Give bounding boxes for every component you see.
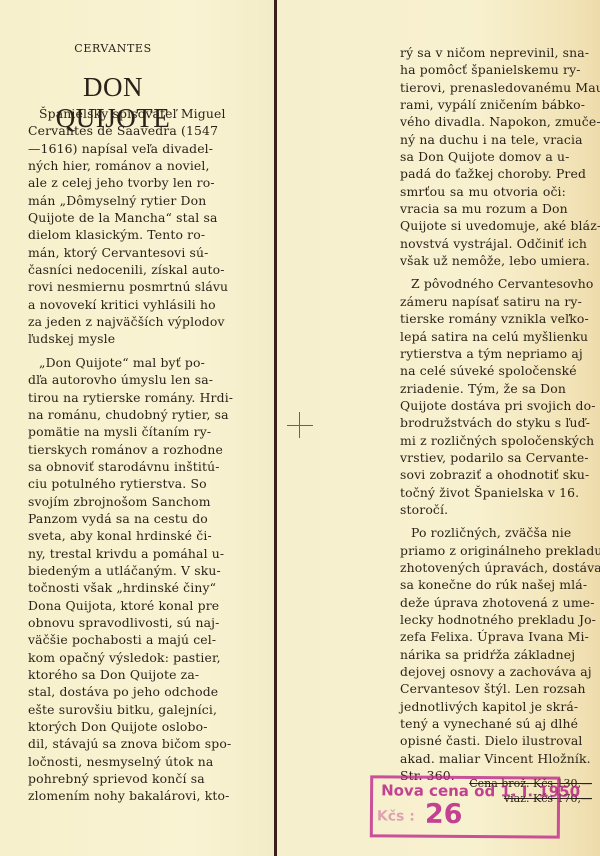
text-line: biedeným a utláčaným. V sku- [28, 562, 198, 579]
text-line: časníci nedocenili, získal auto- [28, 261, 198, 278]
stamp-text: Nova cena od 1. I. 1950 [381, 781, 580, 800]
text-line: točný život Španielska v 16. [400, 484, 566, 501]
text-line: sa konečne do rúk našej mlá- [400, 576, 566, 593]
text-line: opisné časti. Dielo ilustroval [400, 732, 566, 749]
author-name: CERVANTES [28, 42, 198, 55]
text-line: zhotovených úpravách, dostáva [400, 559, 566, 576]
text-line: Panzom vydá sa na cestu do [28, 510, 198, 527]
text-line: priamo z originálneho prekladu [400, 542, 566, 559]
text-line: lepá satira na celú myšlienku [400, 328, 566, 345]
text-line: sa obnoviť starodávnu inštitú- [28, 458, 198, 475]
text-line: ločnosti, nesmyselný útok na [28, 753, 198, 770]
text-line: tierovi, prenasledovanému Mau- [400, 79, 566, 96]
text-line: tierskych románov a rozhodne [28, 441, 198, 458]
text-line: však už nemôže, lebo umiera. [400, 252, 566, 269]
text-line: rami, vypálí zničením bábko- [400, 96, 566, 113]
text-line: Cervantesov štýl. Len rozsah [400, 680, 566, 697]
text-line: zriadenie. Tým, že sa Don [400, 380, 566, 397]
text-line: za jeden z najväčších výplodov [28, 313, 198, 330]
text-line: zefa Felixa. Úprava Ivana Mi- [400, 628, 566, 645]
text-line: rytierstva a tým nepriamo aj [400, 345, 566, 362]
text-line: tený a vynechané sú aj dlhé [400, 715, 566, 732]
text-line: Po rozličných, zväčša nie [400, 524, 566, 541]
text-line: vracia sa mu rozum a Don [400, 200, 566, 217]
text-line: —1616) napísal veľa divadel- [28, 140, 198, 157]
text-line: Španielsky spisovateľ Miguel [28, 105, 198, 122]
text-line: jednotlivých kapitol je skrá- [400, 698, 566, 715]
text-line: mán „Dômyselný rytier Don [28, 192, 198, 209]
left-text-column: Španielsky spisovateľ MiguelCervantes de… [28, 105, 198, 805]
text-line: ný na duchu i na tele, vracia [400, 131, 566, 148]
text-line: akad. maliar Vincent Hložník. [400, 750, 566, 767]
text-line: ny, trestal krivdu a pomáhal u- [28, 545, 198, 562]
text-line: dľa autorovho úmyslu len sa- [28, 371, 198, 388]
text-line: stal, dostáva po jeho odchode [28, 683, 198, 700]
text-line: Quijote si uvedomuje, aké bláz- [400, 217, 566, 234]
text-line: deže úprava zhotovená z ume- [400, 594, 566, 611]
text-line: dejovej osnovy a zachováva aj [400, 663, 566, 680]
text-line: Dona Quijota, ktoré konal pre [28, 597, 198, 614]
text-line: točnosti však „hrdinské činy“ [28, 579, 198, 596]
text-line: kom opačný výsledok: pastier, [28, 649, 198, 666]
text-line: ha pomôcť španielskemu ry- [400, 61, 566, 78]
text-line: zlomením nohy bakalárovi, kto- [28, 787, 198, 804]
text-line: ciu potulného rytierstva. So [28, 475, 198, 492]
text-line: Quijote de la Mancha“ stal sa [28, 209, 198, 226]
text-line: storočí. [400, 501, 566, 518]
text-line: sovi zobraziť a ohodnotiť sku- [400, 466, 566, 483]
text-line: smrťou sa mu otvoria oči: [400, 183, 566, 200]
text-line: vrstiev, podarilo sa Cervante- [400, 449, 566, 466]
text-line: nárika sa pridŕža základnej [400, 646, 566, 663]
text-line: ných hier, románov a noviel, [28, 157, 198, 174]
text-line: mi z rozličných spoločenských [400, 432, 566, 449]
text-line: padá do ťažkej choroby. Pred [400, 165, 566, 182]
text-line: sveta, aby konal hrdinské či- [28, 527, 198, 544]
text-line: lecky hodnotného prekladu Jo- [400, 611, 566, 628]
text-line: brodružstvách do styku s ľuď- [400, 414, 566, 431]
text-line: Z pôvodného Cervantesovho [400, 275, 566, 292]
right-text-column: rý sa v ničom neprevinil, sna-ha pomôcť … [400, 44, 566, 784]
text-line: Quijote dostáva pri svojich do- [400, 397, 566, 414]
text-line: svojím zbrojnošom Sanchom [28, 493, 198, 510]
text-line: ktorých Don Quijote oslobo- [28, 718, 198, 735]
text-line: pohrebný sprievod končí sa [28, 770, 198, 787]
text-line: rý sa v ničom neprevinil, sna- [400, 44, 566, 61]
text-line: ktorého sa Don Quijote za- [28, 666, 198, 683]
text-line: tirou na rytierske romány. Hrdi- [28, 389, 198, 406]
text-line: „Don Quijote“ mal byť po- [28, 354, 198, 371]
text-line: sa Don Quijote domov a u- [400, 148, 566, 165]
text-line: a novovekí kritici vyhlásili ho [28, 296, 198, 313]
text-line: novstvá vystrájal. Odčiniť ich [400, 235, 566, 252]
text-line: vého divadla. Napokon, zmuče- [400, 113, 566, 130]
text-line: väčšie pochabosti a majú cel- [28, 631, 198, 648]
text-line: Cervantes de Saavedra (1547 [28, 122, 198, 139]
text-line: dil, stávajú sa znova bičom spo- [28, 735, 198, 752]
text-line: obnovu spravodlivosti, sú naj- [28, 614, 198, 631]
registration-mark-icon [287, 412, 313, 438]
stamp-currency: Kčs : [377, 808, 415, 824]
text-line: pomätie na mysli čítaním ry- [28, 423, 198, 440]
text-line: ešte surovšiu bitku, galejníci, [28, 701, 198, 718]
text-line: rovi nesmiernu posmrtnú slávu [28, 278, 198, 295]
stamp-amount: 26 [425, 799, 463, 830]
text-line: ale z celej jeho tvorby len ro- [28, 174, 198, 191]
text-line: zámeru napísať satiru na ry- [400, 293, 566, 310]
text-line: mán, ktorý Cervantesovi sú- [28, 244, 198, 261]
text-line: na románu, chudobný rytier, sa [28, 406, 198, 423]
text-line: ľudskej mysle [28, 330, 198, 347]
text-line: tierske romány vznikla veľko- [400, 310, 566, 327]
text-line: na celé súveké spoločenské [400, 362, 566, 379]
text-line: dielom klasickým. Tento ro- [28, 226, 198, 243]
new-price-stamp: Nova cena od 1. I. 1950 Kčs : 26 [370, 775, 560, 838]
